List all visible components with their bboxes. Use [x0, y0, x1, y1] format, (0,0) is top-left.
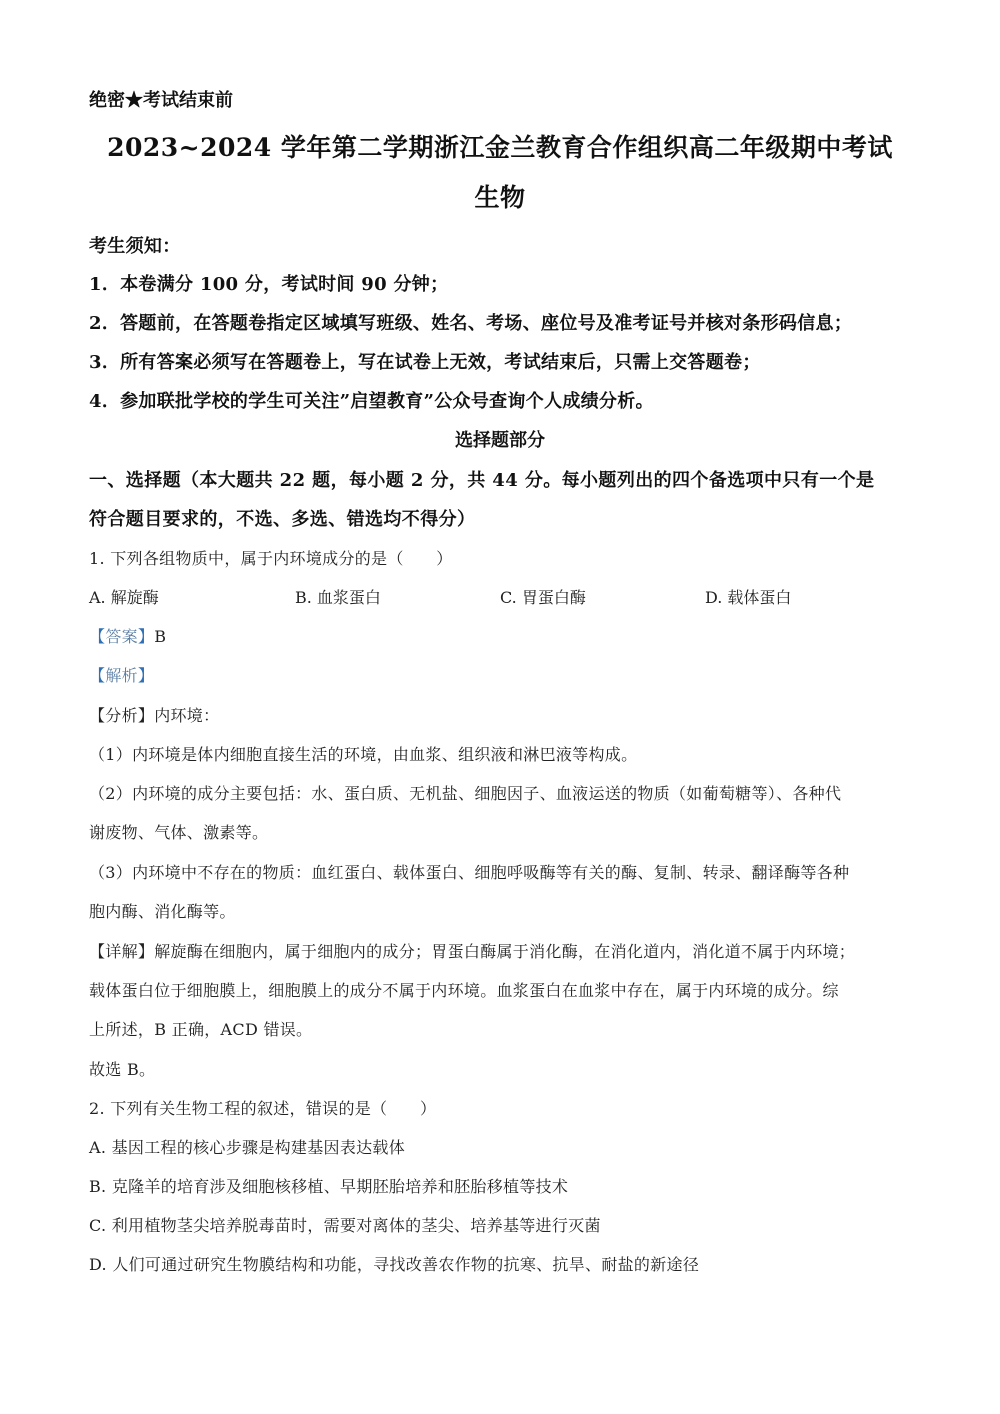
part-title-line-2: 符合题目要求的，不选、多选、错选均不得分）: [89, 505, 475, 531]
question-2-option-b: B. 克隆羊的培育涉及细胞核移植、早期胚胎培养和胚胎移植等技术: [89, 1174, 568, 1197]
analysis-heading: 【解析】: [89, 663, 154, 686]
section-heading: 选择题部分: [0, 426, 1000, 452]
question-1-option-a: A. 解旋酶: [89, 585, 159, 608]
exam-title: 2023~2024 学年第二学期浙江金兰教育合作组织高二年级期中考试: [0, 128, 1000, 164]
notice-item-2: 2．答题前，在答题卷指定区域填写班级、姓名、考场、座位号及准考证号并核对条形码信…: [89, 309, 852, 335]
detail-line-2: 载体蛋白位于细胞膜上，细胞膜上的成分不属于内环境。血浆蛋白在血浆中存在，属于内环…: [89, 978, 839, 1001]
answer-bracket-close: 】: [138, 627, 154, 646]
fenxi-line-4: （3）内环境中不存在的物质：血红蛋白、载体蛋白、细胞呼吸酶等有关的酶、复制、转录…: [89, 860, 849, 883]
detail-line-1: 【详解】解旋酶在细胞内，属于细胞内的成分；胃蛋白酶属于消化酶，在消化道内，消化道…: [89, 939, 855, 962]
question-2-option-d: D. 人们可通过研究生物膜结构和功能，寻找改善农作物的抗寒、抗旱、耐盐的新途径: [89, 1252, 699, 1275]
fenxi-label: 【分析】: [89, 706, 154, 725]
notice-item-3: 3．所有答案必须写在答题卷上，写在试卷上无效，考试结束后，只需上交答题卷；: [89, 348, 761, 374]
answer-line: 【答案】B: [89, 624, 166, 647]
question-1-option-b: B. 血浆蛋白: [295, 585, 381, 608]
fenxi-line-3: 谢废物、气体、激素等。: [89, 820, 268, 843]
answer-label: 答案: [105, 627, 138, 646]
analysis-label: 解析: [105, 666, 138, 685]
notice-heading: 考生须知：: [89, 232, 181, 258]
detail-text-1: 解旋酶在细胞内，属于细胞内的成分；胃蛋白酶属于消化酶，在消化道内，消化道不属于内…: [154, 942, 855, 961]
question-2-option-a: A. 基因工程的核心步骤是构建基因表达载体: [89, 1135, 405, 1158]
analysis-bracket-close: 】: [138, 666, 154, 685]
detail-line-3: 上所述，B 正确，ACD 错误。: [89, 1017, 312, 1040]
notice-item-4: 4．参加联批学校的学生可关注”启望教育”公众号查询个人成绩分析。: [89, 387, 654, 413]
analysis-bracket-open: 【: [89, 666, 105, 685]
subject-title: 生物: [0, 178, 1000, 214]
question-1-option-c: C. 胃蛋白酶: [500, 585, 586, 608]
fenxi-text: 内环境：: [154, 706, 219, 725]
notice-item-1: 1．本卷满分 100 分，考试时间 90 分钟；: [89, 270, 448, 296]
question-2-option-c: C. 利用植物茎尖培养脱毒苗时，需要对离体的茎尖、培养基等进行灭菌: [89, 1213, 601, 1236]
confidential-mark: 绝密★考试结束前: [89, 86, 233, 112]
question-1-option-d: D. 载体蛋白: [705, 585, 791, 608]
detail-label: 【详解】: [89, 942, 154, 961]
fenxi-line-2: （2）内环境的成分主要包括：水、蛋白质、无机盐、细胞因子、血液运送的物质（如葡萄…: [89, 781, 841, 804]
conclusion-line: 故选 B。: [89, 1057, 155, 1080]
question-2-stem: 2. 下列有关生物工程的叙述，错误的是（ ）: [89, 1096, 436, 1119]
fenxi-line-5: 胞内酶、消化酶等。: [89, 899, 236, 922]
answer-bracket-open: 【: [89, 627, 105, 646]
question-1-stem: 1. 下列各组物质中，属于内环境成分的是（ ）: [89, 546, 453, 569]
fenxi-line-1: （1）内环境是体内细胞直接生活的环境，由血浆、组织液和淋巴液等构成。: [89, 742, 637, 765]
part-title-line-1: 一、选择题（本大题共 22 题，每小题 2 分，共 44 分。每小题列出的四个备…: [89, 466, 874, 492]
exam-page: 绝密★考试结束前 2023~2024 学年第二学期浙江金兰教育合作组织高二年级期…: [0, 0, 1000, 1414]
answer-value: B: [154, 627, 166, 646]
fenxi-line: 【分析】内环境：: [89, 703, 219, 726]
